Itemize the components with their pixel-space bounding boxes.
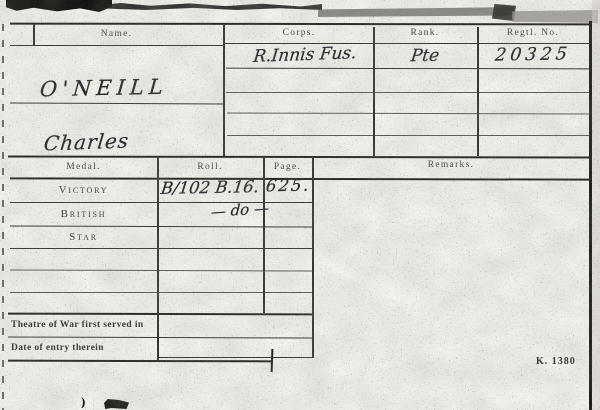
medal-column-label: Medal.: [10, 162, 157, 172]
corps-header-label: Corps.: [225, 28, 373, 38]
victory-page-handwritten: 625.: [265, 176, 312, 196]
torn-edge-strip-mid: [108, 3, 322, 10]
rule-under-theatre: [8, 336, 313, 338]
divider-name-corps: [223, 24, 225, 156]
rule-under-british: [10, 225, 313, 227]
medal-row-british: British: [10, 208, 157, 220]
ink-squiggle-bottom: [75, 396, 85, 408]
regtl-no-handwritten: 20325: [479, 44, 587, 66]
divider-page-remarks: [312, 157, 314, 358]
left-scan-edge-dashed: [2, 24, 4, 410]
victory-roll-handwritten: B/102 B.16.: [160, 177, 260, 198]
rank-handwritten: Pte: [372, 45, 478, 67]
rule-above-theatre: [8, 313, 313, 316]
rule-corps-row-1: [226, 68, 590, 70]
british-roll-ditto-handwritten: — do —: [180, 197, 301, 224]
ink-mark-vertical: [271, 349, 274, 372]
torn-edge-blob-left: [6, 0, 112, 12]
rule-mid-section: [8, 155, 591, 158]
forename-handwritten: Charles: [43, 128, 131, 155]
form-number: K. 1380: [536, 356, 576, 367]
torn-edge-band-right: [512, 10, 598, 23]
page-column-label: Page.: [263, 162, 312, 172]
rule-corps-row-2: [226, 92, 590, 93]
rank-header-label: Rank.: [373, 28, 477, 38]
corps-handwritten: R.Innis Fus.: [239, 43, 371, 68]
theatre-of-war-label: Theatre of War first served in: [11, 320, 144, 330]
surname-handwritten: O'NEILL: [39, 75, 169, 102]
right-scan-margin: [592, 0, 600, 410]
rule-corps-row-4: [227, 135, 590, 136]
rule-bottom-inner: [157, 357, 312, 358]
rule-bottom-border: [8, 360, 272, 363]
rule-empty-row-2: [10, 292, 313, 293]
name-header-label: Name.: [10, 29, 223, 39]
roll-column-label: Roll.: [157, 162, 263, 172]
divider-roll-page: [263, 157, 265, 313]
rule-corps-row-3: [227, 113, 590, 115]
medal-index-card: Name. Corps. Rank. Regtl. No. Medal. Rol…: [0, 0, 600, 410]
medal-row-star: Star: [10, 231, 157, 243]
rule-empty-row-1: [10, 269, 313, 271]
ink-smudge-bottom: [104, 399, 129, 409]
torn-edge-band-mid: [318, 7, 514, 17]
medal-row-victory: Victory: [10, 184, 157, 196]
rule-under-surname: [10, 103, 223, 105]
regtl-no-header-label: Regtl. No.: [477, 28, 589, 38]
remarks-header-label: Remarks.: [312, 160, 590, 170]
divider-medal-roll: [157, 157, 159, 360]
rule-under-star: [10, 248, 313, 249]
card-top-border: [10, 23, 591, 26]
date-of-entry-label: Date of entry therein: [11, 343, 104, 353]
rule-under-name-header: [10, 45, 223, 46]
